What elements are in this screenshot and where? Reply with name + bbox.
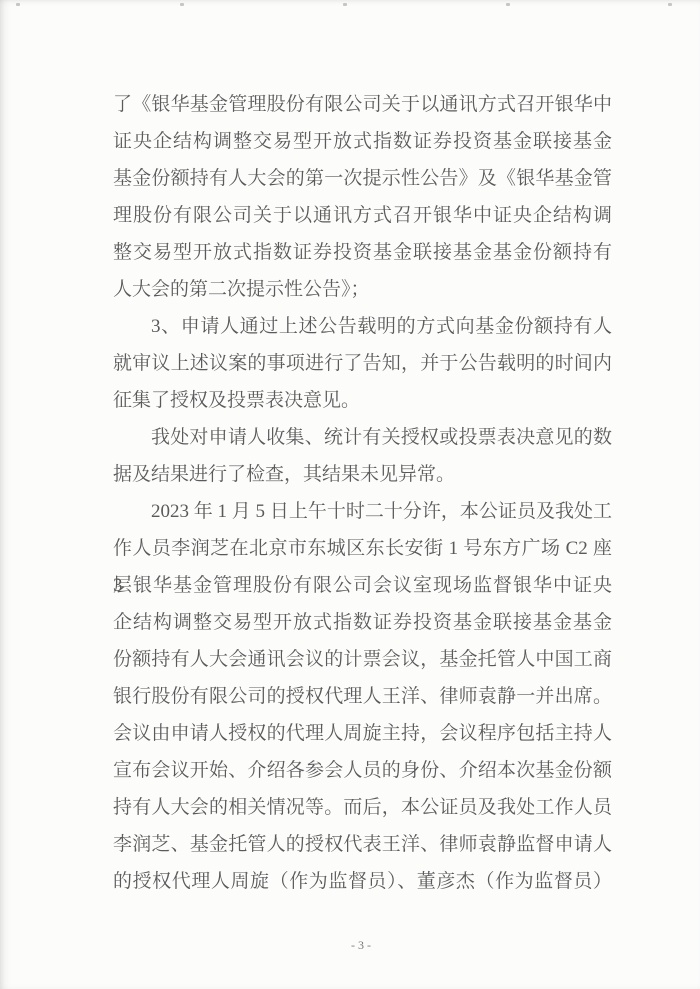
scan-artifact-dot — [506, 3, 510, 6]
text-line: 会议由申请人授权的代理人周旋主持，会议程序包括主持人 — [113, 715, 612, 752]
text-line: 层银华基金管理股份有限公司会议室现场监督银华中证央 — [113, 567, 612, 604]
text-line: 企结构调整交易型开放式指数证券投资基金联接基金基金 — [113, 604, 612, 641]
text-line: 了《银华基金管理股份有限公司关于以通讯方式召开银华中 — [113, 86, 612, 123]
text-line: 宣布会议开始、介绍各参会人员的身份、介绍本次基金份额 — [113, 752, 612, 789]
scan-artifact-dot — [16, 3, 20, 6]
text-line: 的授权代理人周旋（作为监督员）、董彦杰（作为监督员） — [113, 863, 612, 900]
text-line: 3、申请人通过上述公告载明的方式向基金份额持有人 — [113, 308, 612, 345]
text-line: 理股份有限公司关于以通讯方式召开银华中证央企结构调 — [113, 197, 612, 234]
text-line: 整交易型开放式指数证券投资基金联接基金基金份额持有 — [113, 234, 612, 271]
text-line: 就审议上述议案的事项进行了告知，并于公告载明的时间内 — [113, 345, 612, 382]
text-line: 李润芝、基金托管人的授权代表王洋、律师袁静监督申请人 — [113, 826, 612, 863]
text-line: 银行股份有限公司的授权代理人王洋、律师袁静一并出席。 — [113, 678, 612, 715]
scan-artifact-dot — [343, 3, 347, 6]
text-line: 作人员李润芝在北京市东城区东长安街 1 号东方广场 C2 座 3 — [113, 530, 612, 567]
text-line: 2023 年 1 月 5 日上午十时二十分许，本公证员及我处工 — [113, 493, 612, 530]
text-line: 基金份额持有人大会的第一次提示性公告》及《银华基金管 — [113, 160, 612, 197]
document-page: 了《银华基金管理股份有限公司关于以通讯方式召开银华中 证央企结构调整交易型开放式… — [0, 0, 700, 989]
scan-artifact-dot — [668, 3, 672, 6]
page-body-text: 了《银华基金管理股份有限公司关于以通讯方式召开银华中 证央企结构调整交易型开放式… — [113, 86, 612, 900]
text-line: 据及结果进行了检查，其结果未见异常。 — [113, 456, 612, 493]
page-number: -3- — [113, 938, 612, 953]
text-line: 份额持有人大会通讯会议的计票会议，基金托管人中国工商 — [113, 641, 612, 678]
text-line: 持有人大会的相关情况等。而后，本公证员及我处工作人员 — [113, 789, 612, 826]
scan-artifact-dot — [180, 3, 184, 6]
text-line: 人大会的第二次提示性公告》； — [113, 271, 612, 308]
text-line: 我处对申请人收集、统计有关授权或投票表决意见的数 — [113, 419, 612, 456]
text-line: 证央企结构调整交易型开放式指数证券投资基金联接基金 — [113, 123, 612, 160]
text-line: 征集了授权及投票表决意见。 — [113, 382, 612, 419]
